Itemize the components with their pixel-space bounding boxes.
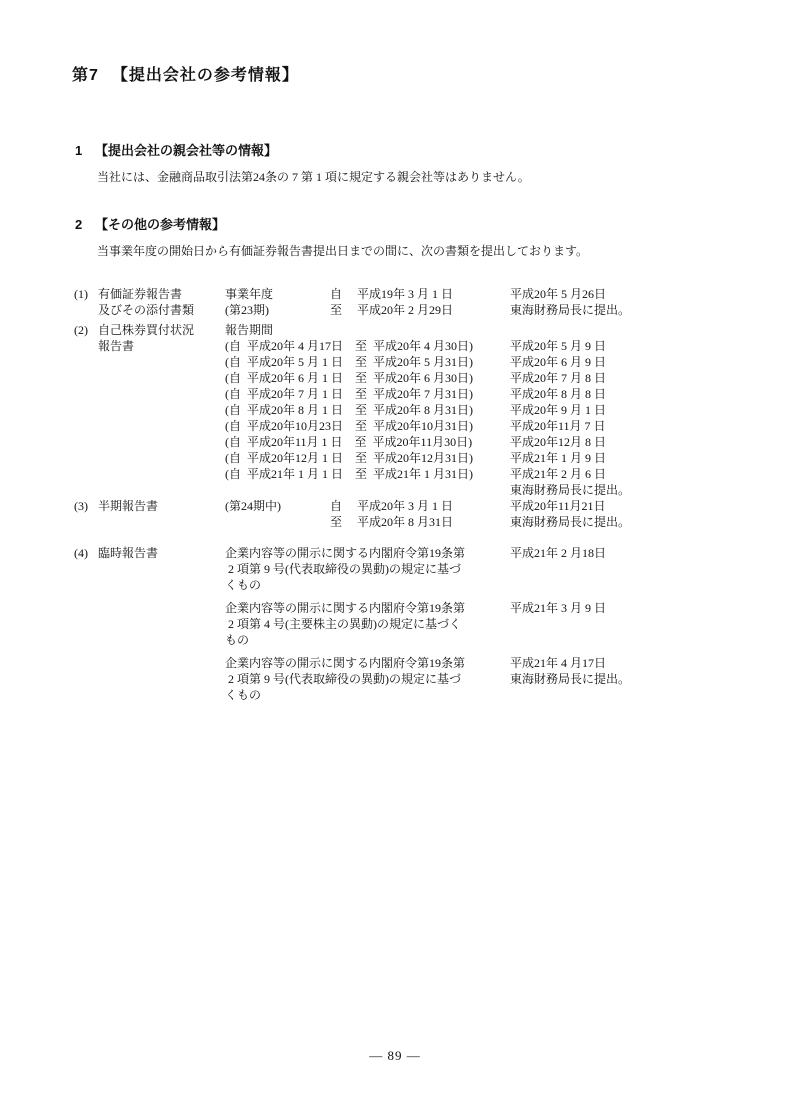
document-2-detail: 報告期間 <box>225 322 510 338</box>
section-2-body: 当事業年度の開始日から有価証券報告書提出日までの間に、次の書類を提出しております… <box>97 243 588 259</box>
period-range: (自 平成20年10月23日 至 平成20年10月31日) <box>225 418 510 434</box>
to-label: 至 <box>330 514 357 530</box>
document-2-filed-dates: 平成20年 5 月 9 日 平成20年 6 月 9 日 平成20年 7 月 8 … <box>510 322 790 498</box>
section-2-title: 【その他の参考情報】 <box>95 217 225 233</box>
to-date: 平成20年 8 月31日 <box>357 514 453 530</box>
filed-date: 平成20年 7 月 8 日 <box>510 370 790 386</box>
extraordinary-report-entry: 企業内容等の開示に関する内閣府令第19条第 2 項第 9 号(代表取締役の異動)… <box>225 545 790 593</box>
document-2-periods: 報告期間 (自 平成20年 4 月17日 至 平成20年 4 月30日) (自 … <box>225 322 510 498</box>
page-number: — 89 — <box>0 1048 790 1064</box>
document-4-entries: 企業内容等の開示に関する内閣府令第19条第 2 項第 9 号(代表取締役の異動)… <box>225 545 790 710</box>
document-2-marker: (2) <box>74 322 98 498</box>
report-page: 第7 【提出会社の参考情報】 1 【提出会社の親会社等の情報】 当社には、金融商… <box>0 0 790 1118</box>
filed-date: 平成20年 9 月 1 日 <box>510 402 790 418</box>
period-range: (自 平成20年11月 1 日 至 平成20年11月30日) <box>225 434 510 450</box>
period-range: (自 平成20年 7 月 1 日 至 平成20年 7 月31日) <box>225 386 510 402</box>
document-row-annual-report: (1) 有価証券報告書 及びその添付書類 事業年度 (第23期) 自 平成19年… <box>74 286 790 318</box>
section-1-body: 当社には、金融商品取引法第24条の 7 第 1 項に規定する親会社等はありません… <box>97 169 530 185</box>
document-3-period-from: 自 平成20年 3 月 1 日 <box>330 498 510 514</box>
filed-date: 平成21年 1 月 9 日 <box>510 450 790 466</box>
document-1-period-to: 至 平成20年 2 月29日 <box>330 302 510 318</box>
from-label: 自 <box>330 286 357 302</box>
to-date: 平成20年 2 月29日 <box>357 302 453 318</box>
filed-note: 東海財務局長に提出。 <box>510 482 790 498</box>
extraordinary-report-entry: 企業内容等の開示に関する内閣府令第19条第 2 項第 4 号(主要株主の異動)の… <box>225 600 790 648</box>
filed-date: 平成20年12月 8 日 <box>510 434 790 450</box>
document-1-name: 有価証券報告書 及びその添付書類 <box>98 286 225 318</box>
page-title-number: 第7 <box>72 64 99 88</box>
entry-description: 企業内容等の開示に関する内閣府令第19条第 2 項第 4 号(主要株主の異動)の… <box>225 600 508 648</box>
section-1-title: 【提出会社の親会社等の情報】 <box>95 143 277 159</box>
period-range: (自 平成20年 6 月 1 日 至 平成20年 6 月30日) <box>225 370 510 386</box>
document-row-semiannual-report: (3) 半期報告書 (第24期中) 自 平成20年 3 月 1 日 至 平成20… <box>74 498 790 530</box>
document-3-period-to: 至 平成20年 8 月31日 <box>330 514 510 530</box>
from-date: 平成19年 3 月 1 日 <box>357 286 453 302</box>
filed-date: 平成20年 5 月 9 日 <box>510 338 790 354</box>
document-row-treasury-stock-reports: (2) 自己株券買付状況 報告書 報告期間 (自 平成20年 4 月17日 至 … <box>74 322 790 498</box>
document-3-filed: 平成20年11月21日 東海財務局長に提出。 <box>510 498 790 530</box>
document-row-extraordinary-reports: (4) 臨時報告書 企業内容等の開示に関する内閣府令第19条第 2 項第 9 号… <box>74 545 790 710</box>
entry-filed-date: 平成21年 4 月17日 東海財務局長に提出。 <box>510 655 790 703</box>
section-2-heading: 2 【その他の参考情報】 <box>75 217 225 233</box>
from-label: 自 <box>330 498 357 514</box>
period-range: (自 平成21年 1 月 1 日 至 平成21年 1 月31日) <box>225 466 510 482</box>
period-range: (自 平成20年 8 月 1 日 至 平成20年 8 月31日) <box>225 402 510 418</box>
period-range: (自 平成20年12月 1 日 至 平成20年12月31日) <box>225 450 510 466</box>
entry-filed-date: 平成21年 2 月18日 <box>510 545 790 593</box>
document-3-name: 半期報告書 <box>98 498 225 530</box>
section-1-number: 1 <box>75 143 95 159</box>
document-3-marker: (3) <box>74 498 98 530</box>
document-4-name: 臨時報告書 <box>98 545 225 710</box>
document-1-detail: 事業年度 (第23期) <box>225 286 330 318</box>
filed-date: 平成20年11月 7 日 <box>510 418 790 434</box>
document-1-filed: 平成20年 5 月26日 東海財務局長に提出。 <box>510 286 790 318</box>
entry-filed-date: 平成21年 3 月 9 日 <box>510 600 790 648</box>
section-2-number: 2 <box>75 217 95 233</box>
document-1-period-from: 自 平成19年 3 月 1 日 <box>330 286 510 302</box>
to-label: 至 <box>330 302 357 318</box>
document-4-marker: (4) <box>74 545 98 710</box>
filed-date-spacer <box>510 322 790 338</box>
entry-description: 企業内容等の開示に関する内閣府令第19条第 2 項第 9 号(代表取締役の異動)… <box>225 655 508 703</box>
page-title-text: 【提出会社の参考情報】 <box>112 64 299 88</box>
from-date: 平成20年 3 月 1 日 <box>357 498 453 514</box>
document-1-period: 自 平成19年 3 月 1 日 至 平成20年 2 月29日 <box>330 286 510 318</box>
document-3-detail: (第24期中) <box>225 498 330 530</box>
period-range: (自 平成20年 5 月 1 日 至 平成20年 5 月31日) <box>225 354 510 370</box>
period-range: (自 平成20年 4 月17日 至 平成20年 4 月30日) <box>225 338 510 354</box>
filed-date: 平成21年 2 月 6 日 <box>510 466 790 482</box>
entry-description: 企業内容等の開示に関する内閣府令第19条第 2 項第 9 号(代表取締役の異動)… <box>225 545 508 593</box>
section-1-heading: 1 【提出会社の親会社等の情報】 <box>75 143 277 159</box>
filed-date: 平成20年 6 月 9 日 <box>510 354 790 370</box>
document-3-period: 自 平成20年 3 月 1 日 至 平成20年 8 月31日 <box>330 498 510 530</box>
filed-date: 平成20年 8 月 8 日 <box>510 386 790 402</box>
page-title: 第7 【提出会社の参考情報】 <box>72 64 299 88</box>
document-2-name: 自己株券買付状況 報告書 <box>98 322 225 498</box>
extraordinary-report-entry: 企業内容等の開示に関する内閣府令第19条第 2 項第 9 号(代表取締役の異動)… <box>225 655 790 703</box>
document-1-marker: (1) <box>74 286 98 318</box>
